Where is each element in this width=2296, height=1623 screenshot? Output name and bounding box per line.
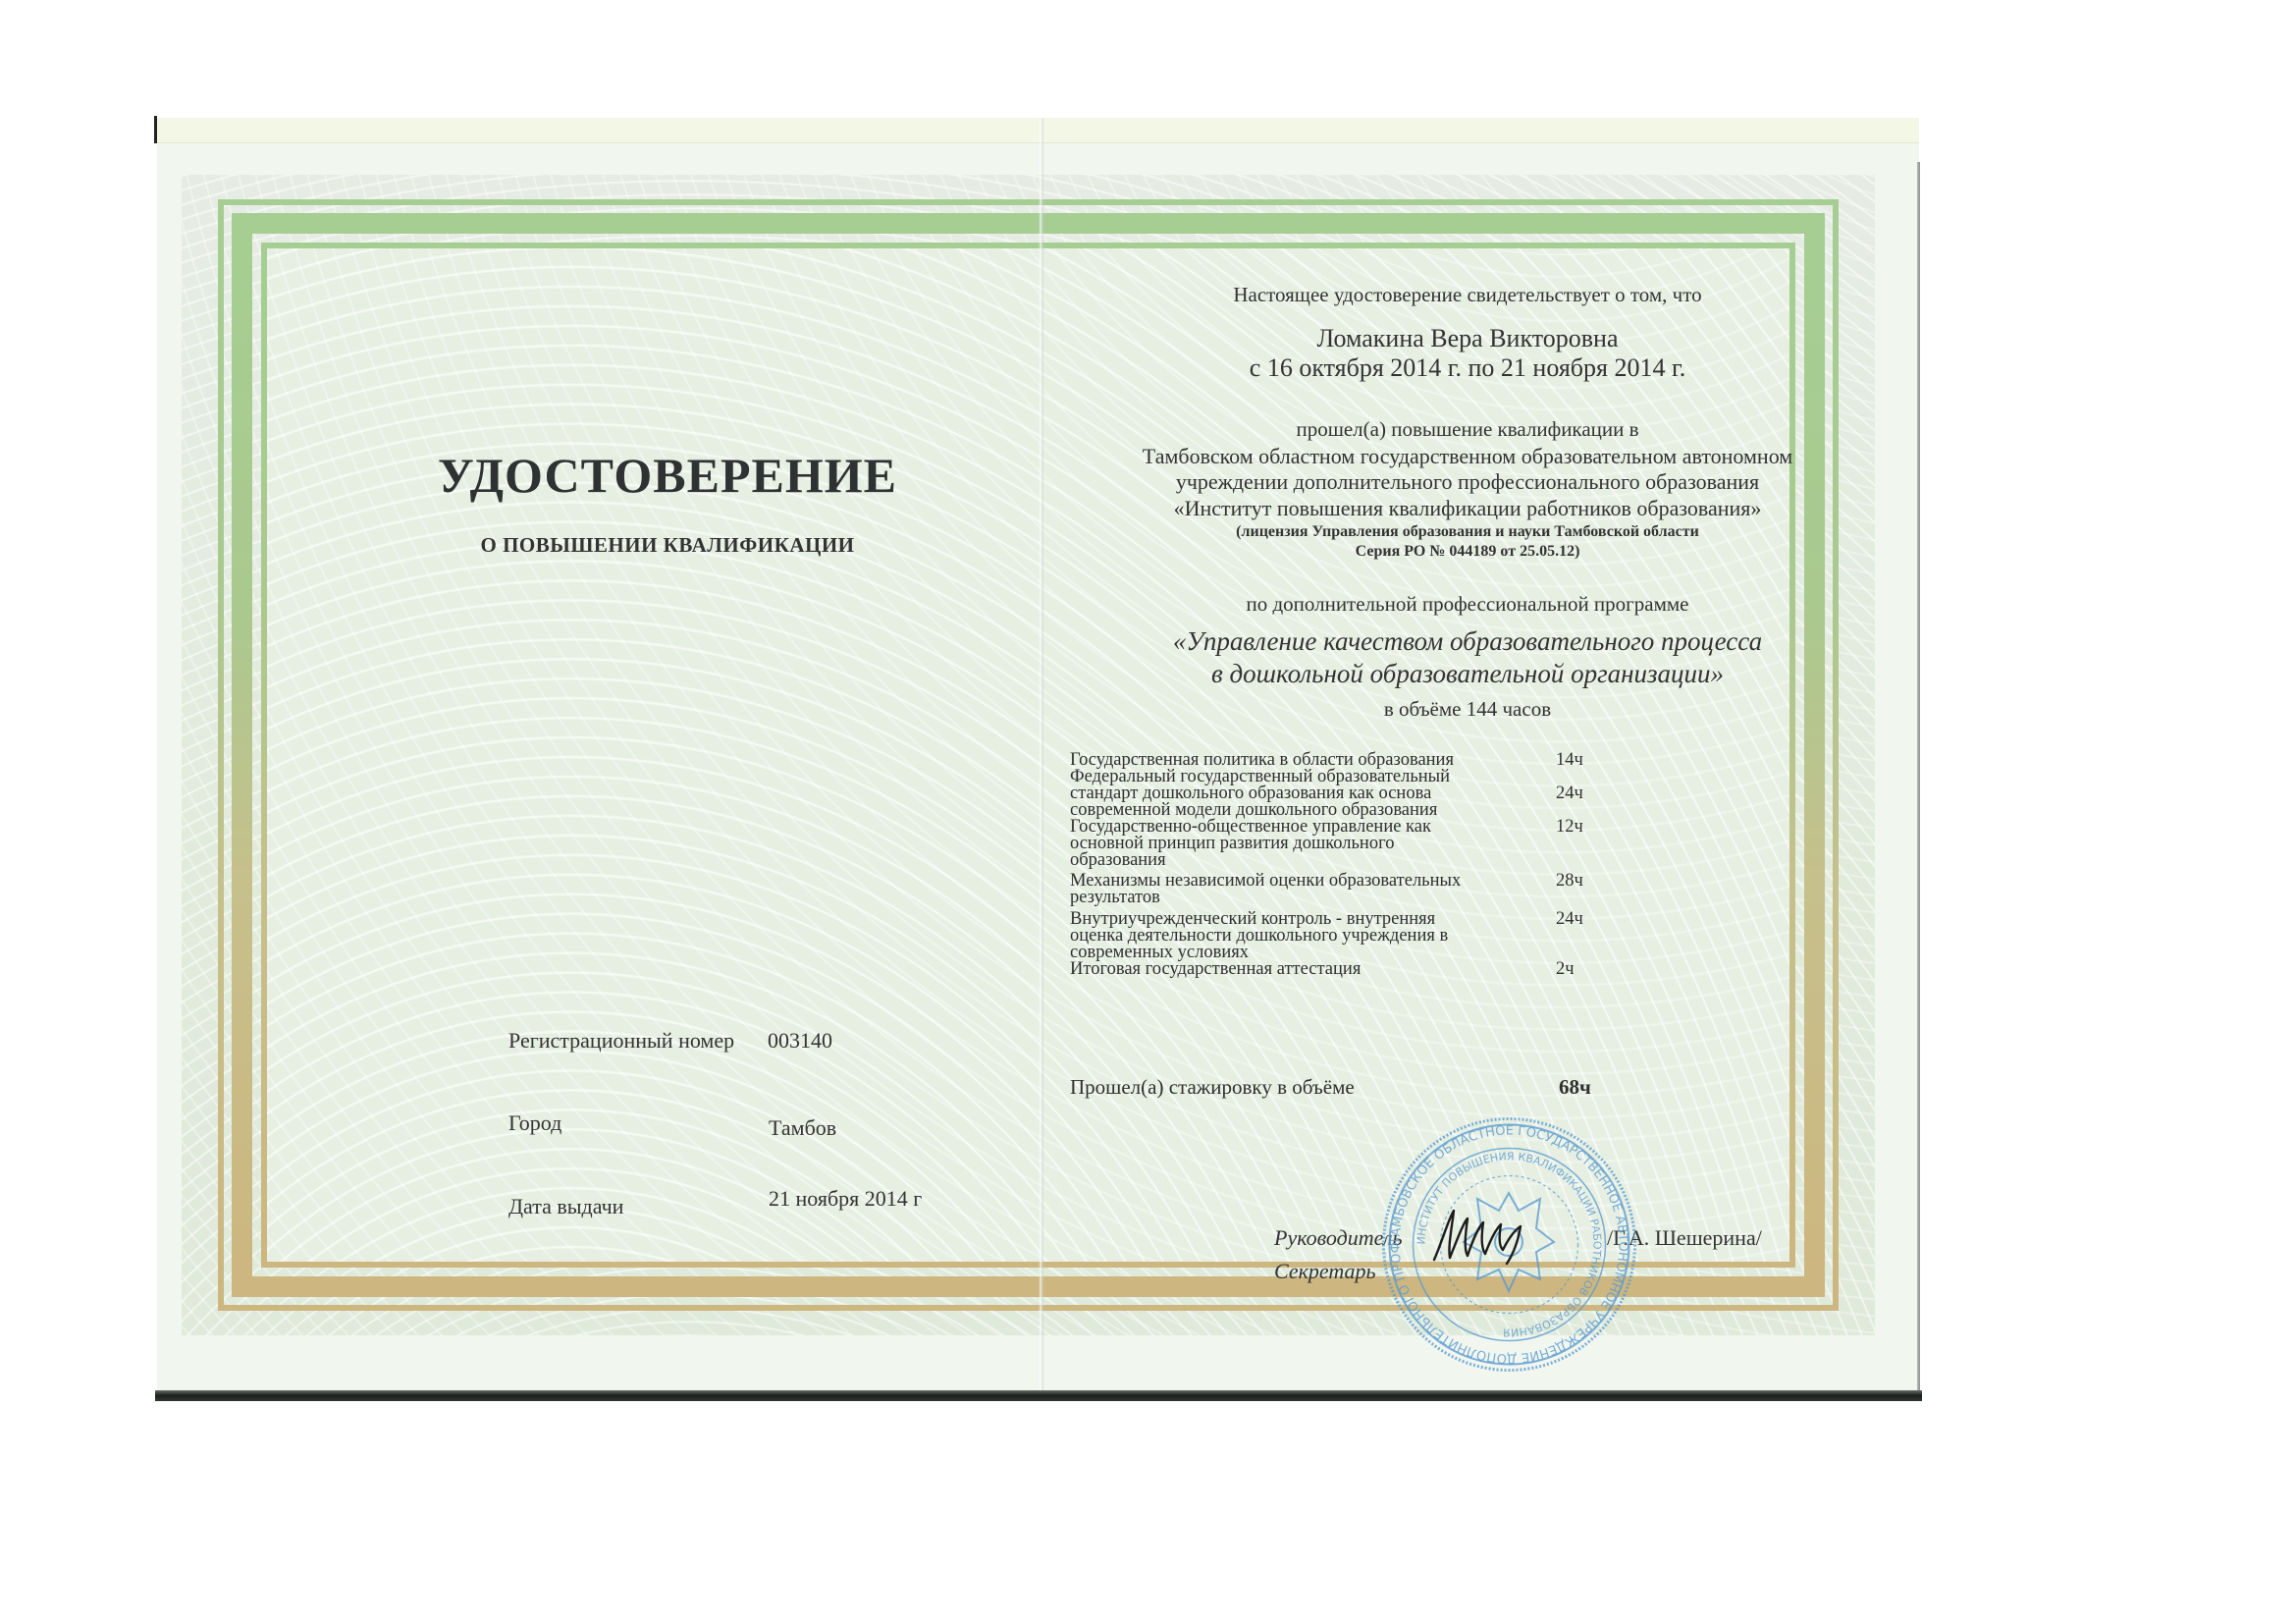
- study-period: с 16 октября 2014 г. по 21 ноября 2014 г…: [1041, 353, 1895, 383]
- holder-name: Ломакина Вера Викторовна: [1041, 324, 1895, 353]
- certificate-subtitle: О ПОВЫШЕНИИ КВАЛИФИКАЦИИ: [412, 533, 923, 558]
- internship-row: Прошел(а) стажировку в объёме 68ч: [1070, 1075, 1620, 1100]
- subject-hours: 2ч: [1556, 961, 1575, 978]
- registration-label: Регистрационный номер: [508, 1028, 734, 1054]
- sheet-right-edge: [1917, 162, 1920, 1392]
- city-label: Город: [508, 1110, 561, 1136]
- subject-name: Итоговая государственная аттестация: [1070, 961, 1531, 978]
- signature-icon: [1428, 1203, 1541, 1267]
- subject-row: Итоговая государственная аттестация2ч: [1070, 961, 1620, 978]
- program-name-line: «Управление качеством образовательного п…: [1041, 626, 1895, 657]
- subjects-list: Государственная политика в области образ…: [1070, 752, 1620, 978]
- subject-name: Федеральный государственный образователь…: [1070, 769, 1531, 819]
- subject-row: Федеральный государственный образователь…: [1070, 769, 1620, 819]
- subject-name: Механизмы независимой оценки образовател…: [1070, 873, 1531, 906]
- program-volume: в объёме 144 часов: [1041, 697, 1895, 722]
- issue-date-label: Дата выдачи: [508, 1194, 623, 1219]
- fold-line: [1039, 118, 1044, 1392]
- issue-date-value: 21 ноября 2014 г: [769, 1186, 922, 1212]
- scan-shadow: [155, 1390, 1922, 1401]
- program-intro: по дополнительной профессиональной прогр…: [1041, 592, 1895, 617]
- certificate-title: УДОСТОВЕРЕНИЕ: [412, 447, 923, 504]
- subject-hours: 14ч: [1556, 752, 1583, 769]
- subject-hours: 28ч: [1556, 873, 1583, 890]
- subject-name: Внутриучрежденческий контроль - внутренн…: [1070, 911, 1531, 961]
- secretary-role-label: Секретарь: [1274, 1259, 1376, 1284]
- internship-hours: 68ч: [1559, 1075, 1591, 1100]
- subject-row: Внутриучрежденческий контроль - внутренн…: [1070, 911, 1620, 961]
- institution-line: учреждении дополнительного профессиональ…: [1041, 469, 1895, 495]
- passed-text: прошел(а) повышение квалификации в: [1041, 417, 1895, 442]
- subject-name: Государственно-общественное управление к…: [1070, 819, 1531, 869]
- license-line: (лицензия Управления образования и науки…: [1041, 523, 1895, 541]
- registration-number: 003140: [768, 1028, 832, 1054]
- subject-hours: 24ч: [1556, 911, 1583, 928]
- subject-hours: 12ч: [1556, 819, 1583, 836]
- subject-row: Государственно-общественное управление к…: [1070, 819, 1620, 869]
- institution-line: «Институт повышения квалификации работни…: [1041, 496, 1895, 521]
- city-value: Тамбов: [769, 1115, 836, 1141]
- internship-label: Прошел(а) стажировку в объёме: [1070, 1075, 1355, 1099]
- institution-line: Тамбовском областном государственном обр…: [1041, 444, 1895, 469]
- subject-row: Механизмы независимой оценки образовател…: [1070, 873, 1620, 906]
- subject-hours: 24ч: [1556, 785, 1583, 802]
- program-name-line: в дошкольной образовательной организации…: [1041, 659, 1895, 689]
- license-line: Серия РО № 044189 от 25.05.12): [1041, 543, 1895, 561]
- intro-text: Настоящее удостоверение свидетельствует …: [1041, 283, 1895, 307]
